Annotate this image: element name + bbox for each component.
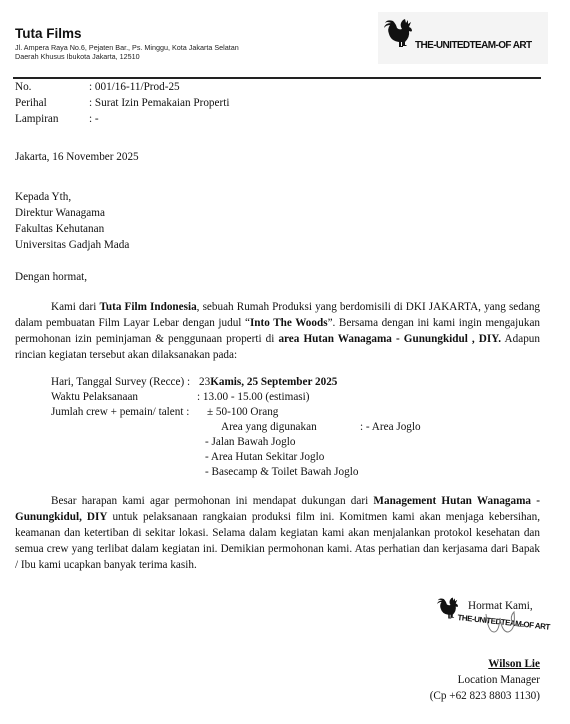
survey-date: Kamis, 25 September 2025 xyxy=(210,376,337,388)
meta-number-label: No. xyxy=(15,80,31,94)
salutation: Dengan hormat, xyxy=(15,270,87,284)
signatory-phone: (Cp +62 823 8803 1130) xyxy=(430,689,540,703)
meta-attachment-value: : - xyxy=(89,112,99,126)
closing-text-1: Besar harapan kami agar permohonan ini m… xyxy=(51,495,373,507)
time-label: Waktu Pelaksanaan xyxy=(51,390,138,404)
time-value: : 13.00 - 15.00 (estimasi) xyxy=(197,390,309,404)
meta-number-value: : 001/16-11/Prod-25 xyxy=(89,80,180,94)
crew-value: ± 50-100 Orang xyxy=(207,405,278,419)
company-name: Tuta Films xyxy=(15,26,82,41)
date-line: Jakarta, 16 November 2025 xyxy=(15,150,139,164)
company-address-line2: Daerah Khusus Ibukota Jakarta, 12510 xyxy=(15,52,140,61)
logo-text: THE-UNITEDTEAM-OF ART xyxy=(415,40,531,51)
location-bold: area Hutan Wanagama - Gunungkidul , DIY. xyxy=(278,333,501,345)
signatory-title: Location Manager xyxy=(458,673,540,687)
rooster-icon xyxy=(384,17,416,57)
survey-value: 23Kamis, 25 September 2025 xyxy=(199,375,337,389)
meta-attachment-label: Lampiran xyxy=(15,112,59,126)
company-name-bold: Tuta Film Indonesia xyxy=(99,301,196,313)
company-address-line1: Jl. Ampera Raya No.6, Pejaten Bar., Ps. … xyxy=(15,43,239,52)
meta-subject-label: Perihal xyxy=(15,96,47,110)
crew-label: Jumlah crew + pemain/ talent : xyxy=(51,405,189,419)
film-title: Into The Woods xyxy=(250,317,328,329)
survey-label: Hari, Tanggal Survey (Recce) : xyxy=(51,375,190,389)
recipient-line1: Kepada Yth, xyxy=(15,190,71,204)
signatory-name: Wilson Lie xyxy=(488,657,540,671)
meta-subject-value: : Surat Izin Pemakaian Properti xyxy=(89,96,229,110)
survey-prefix: 23 xyxy=(199,376,210,388)
intro-paragraph: Kami dari Tuta Film Indonesia, sebuah Ru… xyxy=(15,299,540,363)
area-item-3: - Basecamp & Toilet Bawah Joglo xyxy=(205,465,358,479)
header-divider xyxy=(13,77,541,79)
handwritten-signature xyxy=(480,608,530,638)
intro-text-1: Kami dari xyxy=(51,301,99,313)
recipient-line4: Universitas Gadjah Mada xyxy=(15,238,129,252)
area-item-2: - Area Hutan Sekitar Joglo xyxy=(205,450,324,464)
recipient-line3: Fakultas Kehutanan xyxy=(15,222,104,236)
area-label: Area yang digunakan xyxy=(221,420,317,434)
recipient-line2: Direktur Wanagama xyxy=(15,206,105,220)
closing-paragraph: Besar harapan kami agar permohonan ini m… xyxy=(15,493,540,573)
area-value: : - Area Joglo xyxy=(360,420,421,434)
area-item-1: - Jalan Bawah Joglo xyxy=(205,435,295,449)
